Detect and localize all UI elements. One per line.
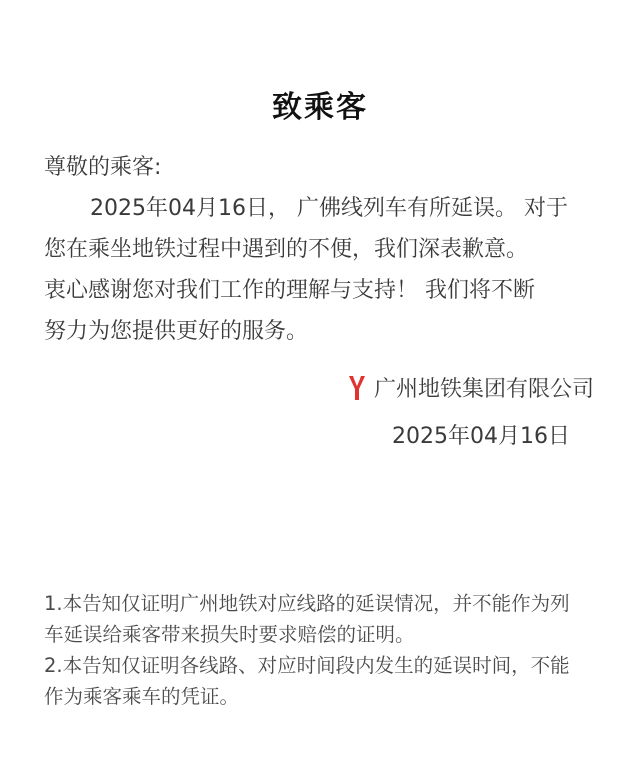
footnote-line: 1.本告知仅证明广州地铁对应线路的延误情况，并不能作为列 [44,588,614,619]
signature-date: 2025年04月16日 [392,419,570,450]
footnote-line: 车延误给乘客带来损失时要求赔偿的证明。 [44,619,614,650]
guangzhou-metro-logo-icon [348,375,366,401]
notice-body: 2025年04月16日， 广佛线列车有所延误。 对于 您在乘坐地铁过程中遇到的不… [44,188,604,352]
footnote-line: 作为乘客乘车的凭证。 [44,681,614,712]
footnote-line: 2.本告知仅证明各线路、对应时间段内发生的延误时间，不能 [44,650,614,681]
footnotes: 1.本告知仅证明广州地铁对应线路的延误情况，并不能作为列 车延误给乘客带来损失时… [44,588,614,712]
body-line: 2025年04月16日， 广佛线列车有所延误。 对于 [44,188,604,229]
body-line: 您在乘坐地铁过程中遇到的不便，我们深表歉意。 [44,229,604,270]
company-name: 广州地铁集团有限公司 [374,372,594,403]
greeting: 尊敬的乘客: [44,150,161,181]
body-line: 衷心感谢您对我们工作的理解与支持！ 我们将不断 [44,270,604,311]
notice-title: 致乘客 [0,82,640,126]
body-line: 努力为您提供更好的服务。 [44,311,604,352]
signature: 广州地铁集团有限公司 [348,372,594,403]
